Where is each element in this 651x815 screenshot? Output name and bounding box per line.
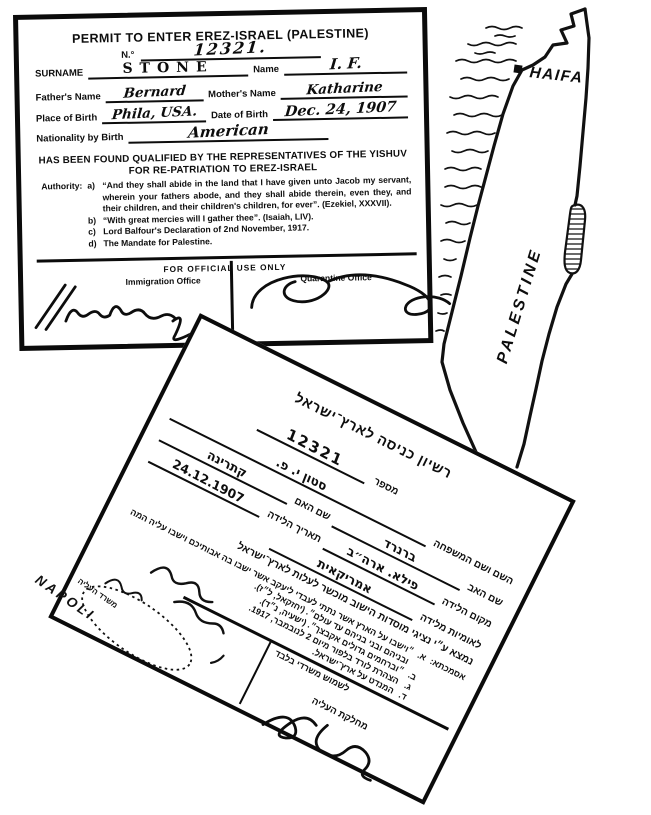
- authority-label: Authority:: [41, 181, 88, 216]
- surname-value: STONE: [122, 60, 213, 76]
- nationality-value: American: [187, 122, 269, 141]
- haifa-marker: [513, 64, 522, 73]
- mother-line: Katharine: [281, 79, 408, 99]
- scanned-document-page: HAIFA PALESTINE PERMIT TO ENTER EREZ-ISR…: [0, 0, 651, 815]
- dob-value: Dec. 24, 1907: [284, 100, 397, 120]
- haifa-label: HAIFA: [529, 64, 584, 87]
- father-value: Bernard: [123, 85, 187, 101]
- dead-sea: [560, 205, 590, 274]
- sea-wave-lines: [436, 27, 522, 332]
- hebrew-number-label: מספר: [371, 477, 400, 500]
- name-line: I. F.: [284, 55, 407, 75]
- father-label: Father's Name: [36, 92, 101, 105]
- authority-a-text: “And they shall abide in the land that I…: [102, 174, 412, 214]
- palestine-label: PALESTINE: [494, 246, 545, 366]
- surname-label: SURNAME: [35, 68, 83, 80]
- pob-value: Phila, USA.: [111, 105, 198, 122]
- name-value: I. F.: [329, 56, 362, 72]
- immigration-officer-signature: [31, 272, 212, 339]
- authority-a-key: a): [87, 180, 103, 215]
- number-value: 12321.: [193, 39, 268, 58]
- nationality-row: Nationality by Birth American: [36, 121, 408, 145]
- mother-value: Katharine: [305, 81, 382, 98]
- mother-label: Mother's Name: [208, 88, 276, 101]
- authority-b-key: b): [88, 215, 103, 227]
- authority-block: Authority: a) “And they shall abide in t…: [41, 174, 412, 250]
- father-line: Bernard: [105, 83, 203, 103]
- authority-d-key: d): [88, 238, 103, 250]
- quarantine-officer-signature: [235, 262, 432, 338]
- pob-line: Phila, USA.: [102, 104, 206, 124]
- authority-c-key: c): [88, 226, 103, 238]
- surname-line: STONE: [88, 58, 248, 79]
- english-permit-card: PERMIT TO ENTER EREZ-ISRAEL (PALESTINE) …: [13, 7, 433, 351]
- name-label: Name: [253, 64, 279, 76]
- dob-line: Dec. 24, 1907: [273, 100, 408, 121]
- pob-label: Place of Birth: [36, 113, 97, 126]
- nationality-label: Nationality by Birth: [36, 132, 123, 145]
- nationality-line: American: [128, 122, 328, 144]
